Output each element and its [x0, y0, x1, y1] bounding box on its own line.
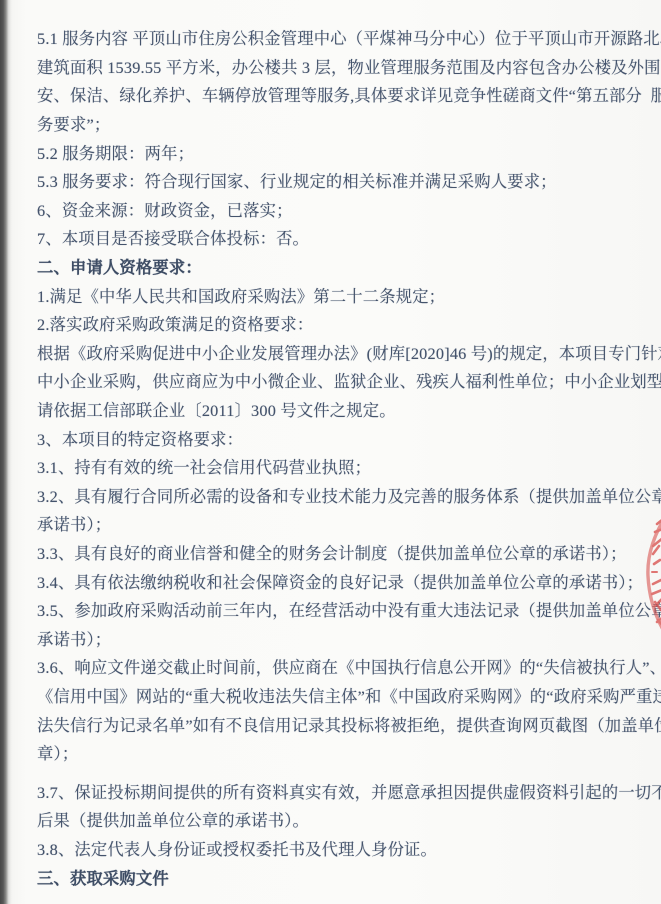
document-body: 5.1 服务内容 平顶山市住房公积金管理中心（平煤神马分中心）位于平顶山市开源路… — [37, 23, 633, 891]
document-line: 二、申请人资格要求： — [37, 252, 633, 281]
document-line: 3、本项目的特定资格要求： — [37, 423, 633, 452]
document-line: 7、本项目是否接受联合体投标：否。 — [37, 223, 633, 252]
document-line: 5.2 服务期限：两年； — [37, 137, 633, 166]
document-line: 3.2、具有履行合同所必需的设备和专业技术能力及完善的服务体系（提供加盖单位公章… — [37, 481, 633, 510]
document-line: 3.8、法定代表人身份证或授权委托书及代理人身份证。 — [37, 834, 633, 863]
document-line: 法失信行为记录名单”如有不良信用记录其投标将被拒绝，提供查询网页截图（加盖单位公 — [37, 709, 633, 738]
document-line: 根据《政府采购促进中小企业发展管理办法》(财库[2020]46 号)的规定，本项… — [37, 338, 633, 367]
red-official-seal-icon — [643, 502, 661, 650]
document-line: 安、保洁、绿化养护、车辆停放管理等服务,具体要求详见竞争性磋商文件“第五部分 服 — [37, 80, 633, 109]
document-line: 中小企业采购，供应商应为中小微企业、监狱企业、残疾人福利性单位；中小企业划型标准 — [37, 366, 633, 395]
document-line: 《信用中国》网站的“重大税收违法失信主体”和《中国政府采购网》的“政府采购严重违 — [37, 681, 633, 710]
document-line: 1.满足《中华人民共和国政府采购法》第二十二条规定； — [37, 280, 633, 309]
document-line: 3.3、具有良好的商业信誉和健全的财务会计制度（提供加盖单位公章的承诺书）； — [37, 538, 633, 567]
document-line: 后果（提供加盖单位公章的承诺书）。 — [37, 805, 633, 834]
document-line: 2.落实政府采购政策满足的资格要求： — [37, 309, 633, 338]
document-line: 务要求”； — [37, 109, 633, 138]
scan-edge-shadow — [0, 0, 13, 904]
document-line: 承诺书）； — [37, 509, 633, 538]
document-line: 3.4、具有依法缴纳税收和社会保障资金的良好记录（提供加盖单位公章的承诺书）； — [37, 566, 633, 595]
document-line: 5.1 服务内容 平顶山市住房公积金管理中心（平煤神马分中心）位于平顶山市开源路… — [37, 23, 633, 52]
document-line: 3.5、参加政府采购活动前三年内，在经营活动中没有重大违法记录（提供加盖单位公章… — [37, 595, 633, 624]
document-line: 章）； — [37, 738, 633, 767]
document-line: 6、资金来源：财政资金，已落实； — [37, 195, 633, 224]
document-line: 三、获取采购文件 — [37, 862, 633, 891]
document-line: 3.6、响应文件递交截止时间前，供应商在《中国执行信息公开网》的“失信被执行人”… — [37, 652, 633, 681]
document-line: 建筑面积 1539.55 平方米，办公楼共 3 层，物业管理服务范围及内容包含办… — [37, 52, 633, 81]
document-line: 5.3 服务要求：符合现行国家、行业规定的相关标准并满足采购人要求； — [37, 166, 633, 195]
document-line: 3.1、持有有效的统一社会信用代码营业执照； — [37, 452, 633, 481]
document-line: 请依据工信部联企业〔2011〕300 号文件之规定。 — [37, 395, 633, 424]
document-line: 3.7、保证投标期间提供的所有资料真实有效，并愿意承担因提供虚假资料引起的一切不… — [37, 776, 633, 805]
document-line: 承诺书）； — [37, 623, 633, 652]
